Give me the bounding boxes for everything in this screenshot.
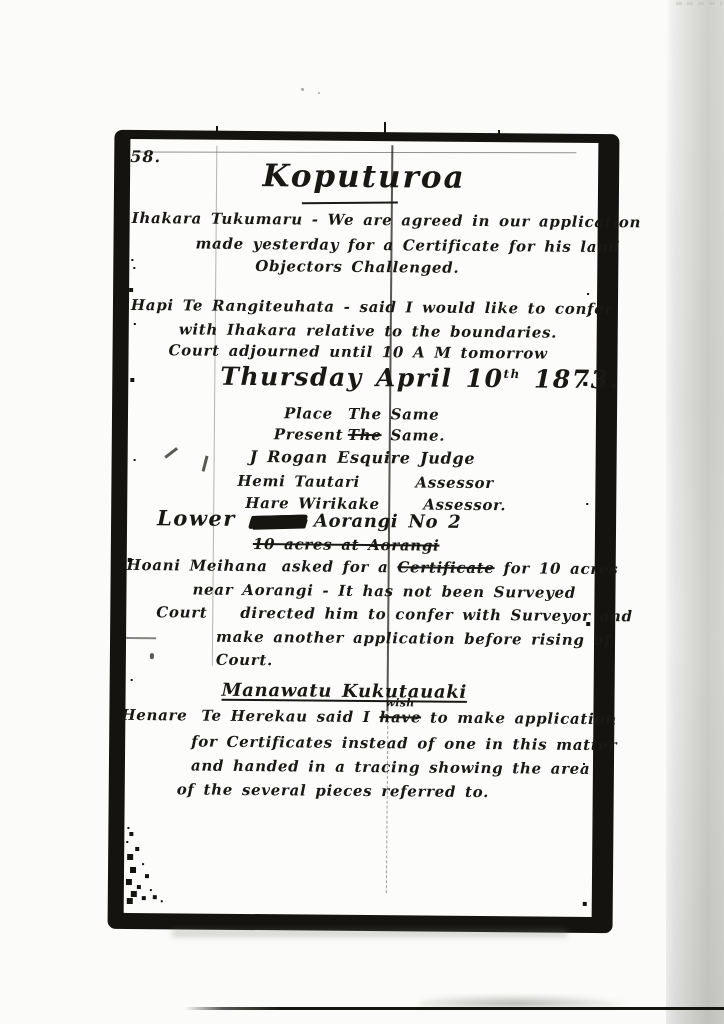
entry4-line1-post: to make application — [430, 709, 617, 729]
present-value: Same. — [390, 426, 445, 444]
place-line: PlaceThe Same — [284, 404, 440, 423]
margin-ink-mark — [150, 653, 154, 659]
margin-ink-mark — [126, 637, 156, 639]
entry3-line4: make another application before rising o… — [216, 628, 611, 649]
entry3-line3: Courtdirected him to confer with Surveyo… — [156, 603, 633, 625]
place-label: Place — [284, 404, 348, 423]
entry4-line1: HenareTe Herekau said I havewish to make… — [121, 706, 617, 728]
ink-speckles-right-edge — [587, 293, 589, 295]
ink-speckles-bottom-left — [127, 827, 129, 829]
entry4-speaker: Henare — [121, 706, 187, 725]
present-struck-word: The — [348, 426, 382, 444]
title-underline — [302, 201, 398, 204]
assessor1-name: Hemi Tautari — [237, 472, 415, 492]
assessor1-line: Hemi TautariAssessor — [237, 472, 494, 492]
date-year: 1873. — [521, 364, 620, 394]
entry1-line2: made yesterday for a Certificate for his… — [195, 235, 620, 257]
scan-shadow-fuzz — [172, 929, 567, 937]
place-value: The Same — [348, 405, 440, 424]
scan-dot — [301, 88, 304, 91]
entry3-line2: near Aorangi - It has not been Surveyed — [192, 581, 576, 602]
entry1-line1: Ihakara Tukumaru - We are agreed in our … — [132, 209, 642, 231]
margin-ink-mark — [164, 447, 178, 459]
struck-out-ink-blot — [248, 514, 308, 528]
manuscript-paper: 58. Koputuroa Ihakara Tukumaru - We are … — [124, 139, 599, 917]
photocopy-black-border: 58. Koputuroa Ihakara Tukumaru - We are … — [108, 130, 620, 933]
entry4-line4: of the several pieces referred to. — [177, 780, 489, 801]
entry2-line3: Court adjourned until 10 A M tomorrow — [168, 341, 547, 362]
entry3-line1-pre: asked for a — [282, 557, 389, 576]
entry3-struck-word: Certificate — [397, 558, 494, 577]
case-struck-note: 10 acres at Aorangi — [253, 535, 440, 555]
scanned-document-page: 58. Koputuroa Ihakara Tukumaru - We are … — [0, 0, 724, 1024]
second-case-heading: Manawatu Kukutauaki — [222, 680, 468, 704]
entry3-line1: Hoani Meihanaasked for a Certificate for… — [127, 556, 619, 578]
entry4-line3: and handed in a tracing showing the area — [191, 757, 591, 778]
date-ordinal: th — [503, 367, 520, 381]
session-date-heading: Thursday April 10th 1873. — [220, 362, 620, 395]
case-heading-pre: Lower — [157, 505, 236, 531]
page-title: Koputuroa — [130, 157, 598, 198]
judge-line: J Rogan Esquire Judge — [250, 447, 476, 468]
court-label: Court — [156, 603, 216, 622]
present-line: PresentThe Same. — [274, 425, 446, 444]
entry1-line3: Objectors Challenged. — [255, 257, 459, 277]
bottom-gray-smudge — [420, 994, 630, 1007]
gutter-shading — [666, 0, 724, 1024]
entry4-line2: for Certificates instead of one in this … — [191, 733, 617, 755]
entry3-line5: Court. — [216, 651, 273, 669]
present-label: Present — [274, 425, 348, 444]
gutter-top-marks — [676, 2, 722, 5]
entry4-line1-pre: Te Herekau said I — [201, 707, 370, 726]
entry3-line3-text: directed him to confer with Surveyor and — [240, 604, 633, 625]
entry2-line1: Hapi Te Rangiteuhata - said I would like… — [131, 296, 613, 318]
date-text: Thursday April 10 — [220, 362, 503, 393]
case-heading: LowerAorangi No 2 — [157, 505, 462, 533]
top-ruled-line — [134, 152, 576, 154]
bottom-scan-line — [185, 1007, 724, 1010]
entry4-inserted-word: wish — [385, 696, 414, 709]
case-name: Aorangi No 2 — [314, 511, 462, 533]
ink-speckles-left-edge — [131, 259, 133, 261]
scan-dot — [318, 92, 320, 94]
entry3-line1-post: for 10 acres — [503, 559, 618, 578]
entry3-speaker: Hoani Meihana — [127, 556, 268, 575]
margin-ink-mark — [202, 455, 209, 471]
assessor1-role: Assessor — [415, 473, 494, 492]
entry4-struck-word: have — [379, 708, 421, 726]
entry2-line2: with Ihakara relative to the boundaries. — [179, 320, 557, 341]
